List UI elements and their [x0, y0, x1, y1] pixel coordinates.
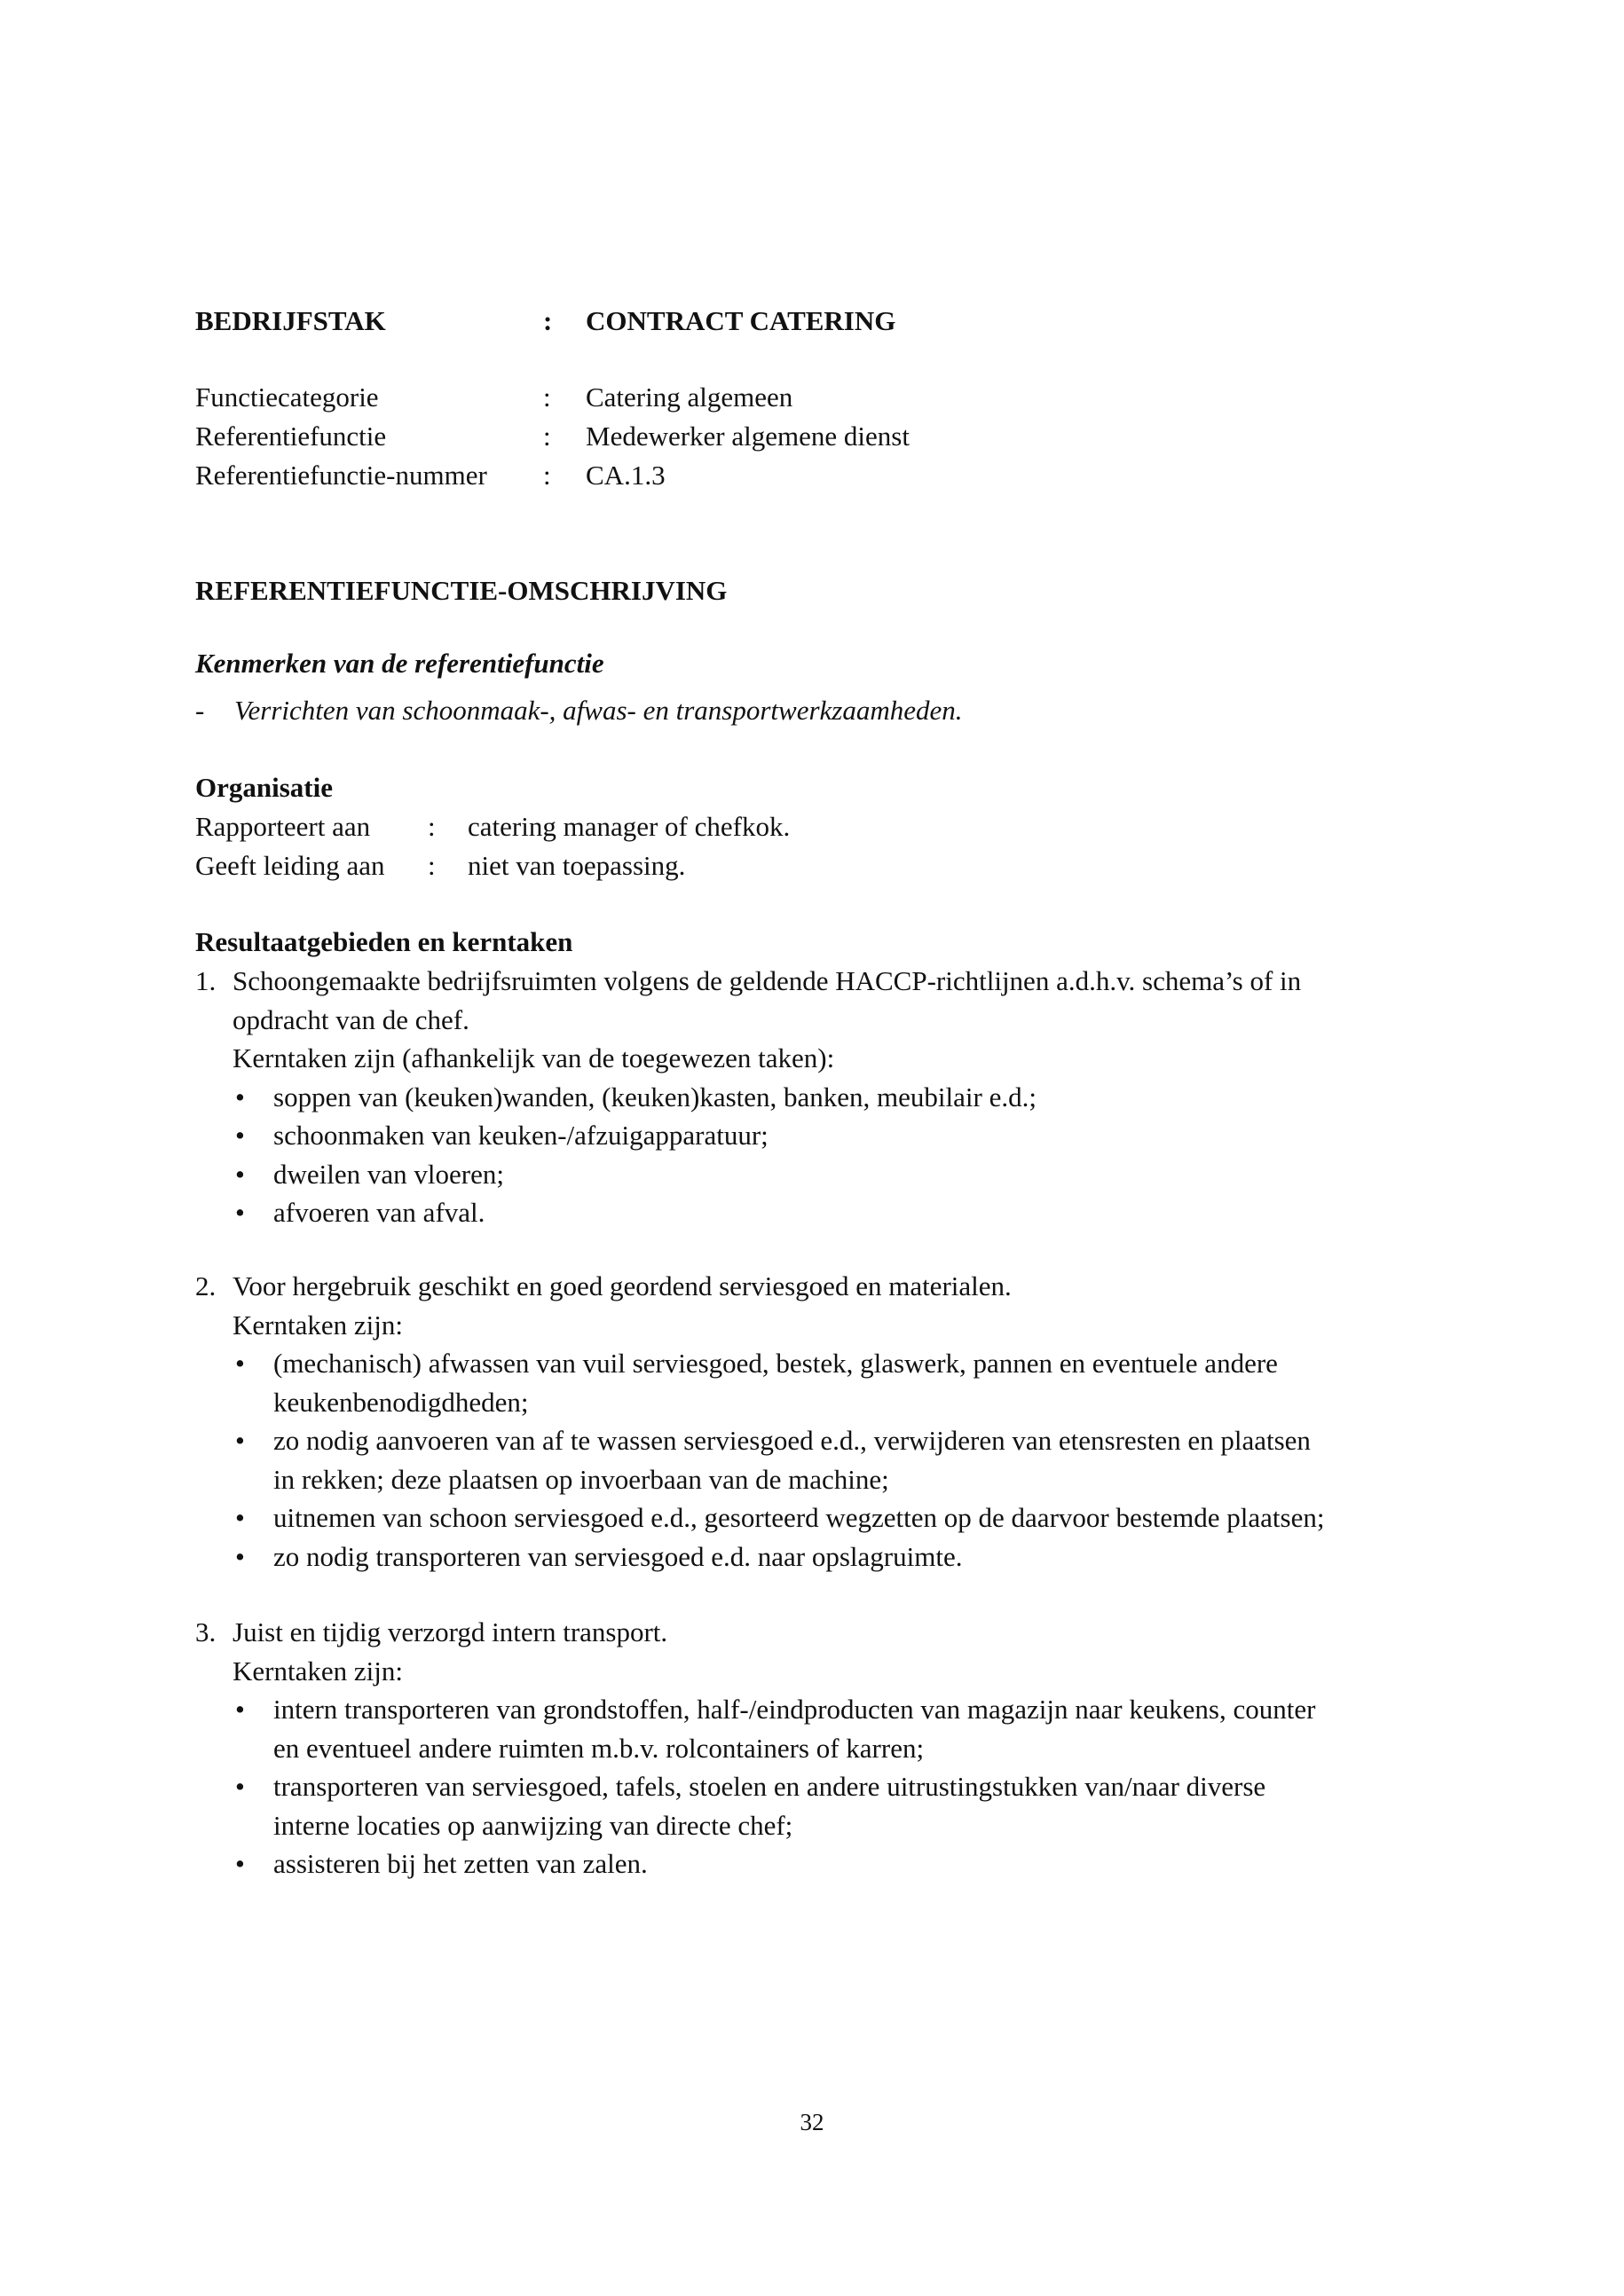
results-heading: Resultaatgebieden en kerntaken [195, 923, 572, 962]
sector-value: CONTRACT CATERING [586, 302, 895, 341]
task-line: interne locaties op aanwijzing van direc… [195, 1806, 1455, 1845]
result-number: 2. [195, 1267, 216, 1306]
task-line: •afvoeren van afval. [195, 1193, 1455, 1232]
task-text: afvoeren van afval. [273, 1193, 485, 1232]
field-value: Catering algemeen [586, 378, 792, 417]
tasks-intro-text: Kerntaken zijn (afhankelijk van de toege… [233, 1039, 834, 1078]
characteristics-heading: Kenmerken van de referentiefunctie [195, 644, 604, 683]
task-text: uitnemen van schoon serviesgoed e.d., ge… [273, 1498, 1324, 1537]
tasks-intro-text: Kerntaken zijn: [233, 1652, 403, 1691]
task-line: •dweilen van vloeren; [195, 1155, 1455, 1194]
bullet-icon: • [235, 1155, 245, 1194]
task-line: •transporteren van serviesgoed, tafels, … [195, 1767, 1455, 1806]
task-text: zo nodig transporteren van serviesgoed e… [273, 1537, 962, 1577]
tasks-intro: Kerntaken zijn (afhankelijk van de toege… [195, 1039, 1455, 1078]
task-line: •uitnemen van schoon serviesgoed e.d., g… [195, 1498, 1455, 1537]
task-text: soppen van (keuken)wanden, (keuken)kaste… [273, 1078, 1037, 1117]
result-text: Schoongemaakte bedrijfsruimten volgens d… [233, 962, 1301, 1001]
bullet-icon: • [235, 1078, 245, 1117]
field-value: CA.1.3 [586, 456, 666, 495]
bullet-icon: • [235, 1767, 245, 1806]
field-separator: : [543, 378, 551, 417]
result-number: 3. [195, 1613, 216, 1652]
task-line: •zo nodig transporteren van serviesgoed … [195, 1537, 1455, 1577]
sector-label: BEDRIJFSTAK [195, 302, 386, 341]
result-line: 1.Schoongemaakte bedrijfsruimten volgens… [195, 962, 1455, 1001]
result-text: Voor hergebruik geschikt en goed georden… [233, 1267, 1012, 1306]
characteristics-item: - Verrichten van schoonmaak-, afwas- en … [195, 691, 1438, 730]
dash-marker: - [195, 691, 204, 730]
bullet-icon: • [235, 1116, 245, 1155]
task-text: zo nodig aanvoeren van af te wassen serv… [273, 1421, 1311, 1460]
task-line: •(mechanisch) afwassen van vuil serviesg… [195, 1344, 1455, 1383]
task-text: keukenbenodigdheden; [273, 1383, 529, 1422]
task-line: en eventueel andere ruimten m.b.v. rolco… [195, 1729, 1455, 1768]
bullet-icon: • [235, 1193, 245, 1232]
bullet-icon: • [235, 1844, 245, 1883]
result-line: opdracht van de chef. [195, 1001, 1455, 1040]
task-line: •schoonmaken van keuken-/afzuigapparatuu… [195, 1116, 1455, 1155]
task-text: intern transporteren van grondstoffen, h… [273, 1690, 1315, 1729]
task-line: in rekken; deze plaatsen op invoerbaan v… [195, 1460, 1455, 1499]
task-text: transporteren van serviesgoed, tafels, s… [273, 1767, 1265, 1806]
result-line: 2.Voor hergebruik geschikt en goed geord… [195, 1267, 1455, 1306]
field-value: Medewerker algemene dienst [586, 417, 910, 456]
bullet-icon: • [235, 1690, 245, 1729]
organisation-heading: Organisatie [195, 768, 333, 807]
task-text: dweilen van vloeren; [273, 1155, 504, 1194]
task-text: assisteren bij het zetten van zalen. [273, 1844, 648, 1883]
task-text: schoonmaken van keuken-/afzuigapparatuur… [273, 1116, 769, 1155]
tasks-intro-text: Kerntaken zijn: [233, 1306, 403, 1345]
result-line: 3.Juist en tijdig verzorgd intern transp… [195, 1613, 1455, 1652]
organisation-value: catering manager of chefkok. [468, 807, 790, 846]
field-separator: : [543, 456, 551, 495]
bullet-icon: • [235, 1498, 245, 1537]
field-label: Functiecategorie [195, 378, 379, 417]
organisation-label: Geeft leiding aan [195, 846, 384, 885]
tasks-intro: Kerntaken zijn: [195, 1652, 1455, 1691]
result-text: opdracht van de chef. [233, 1001, 469, 1040]
organisation-separator: : [428, 807, 436, 846]
sector-separator: : [543, 302, 552, 341]
organisation-label: Rapporteert aan [195, 807, 370, 846]
task-line: •zo nodig aanvoeren van af te wassen ser… [195, 1421, 1455, 1460]
bullet-icon: • [235, 1537, 245, 1577]
page-number: 32 [0, 2106, 1624, 2138]
task-line: keukenbenodigdheden; [195, 1383, 1455, 1422]
result-text: Juist en tijdig verzorgd intern transpor… [233, 1613, 667, 1652]
field-label: Referentiefunctie [195, 417, 386, 456]
field-label: Referentiefunctie-nummer [195, 456, 487, 495]
organisation-separator: : [428, 846, 436, 885]
task-text: en eventueel andere ruimten m.b.v. rolco… [273, 1729, 924, 1768]
task-text: in rekken; deze plaatsen op invoerbaan v… [273, 1460, 889, 1499]
characteristics-text: Verrichten van schoonmaak-, afwas- en tr… [234, 691, 963, 730]
description-title: REFERENTIEFUNCTIE-OMSCHRIJVING [195, 571, 727, 610]
task-line: •soppen van (keuken)wanden, (keuken)kast… [195, 1078, 1455, 1117]
task-line: •assisteren bij het zetten van zalen. [195, 1844, 1455, 1883]
bullet-icon: • [235, 1421, 245, 1460]
task-line: •intern transporteren van grondstoffen, … [195, 1690, 1455, 1729]
task-text: (mechanisch) afwassen van vuil serviesgo… [273, 1344, 1278, 1383]
field-separator: : [543, 417, 551, 456]
bullet-icon: • [235, 1344, 245, 1383]
organisation-value: niet van toepassing. [468, 846, 685, 885]
tasks-intro: Kerntaken zijn: [195, 1306, 1455, 1345]
result-number: 1. [195, 962, 216, 1001]
task-text: interne locaties op aanwijzing van direc… [273, 1806, 792, 1845]
